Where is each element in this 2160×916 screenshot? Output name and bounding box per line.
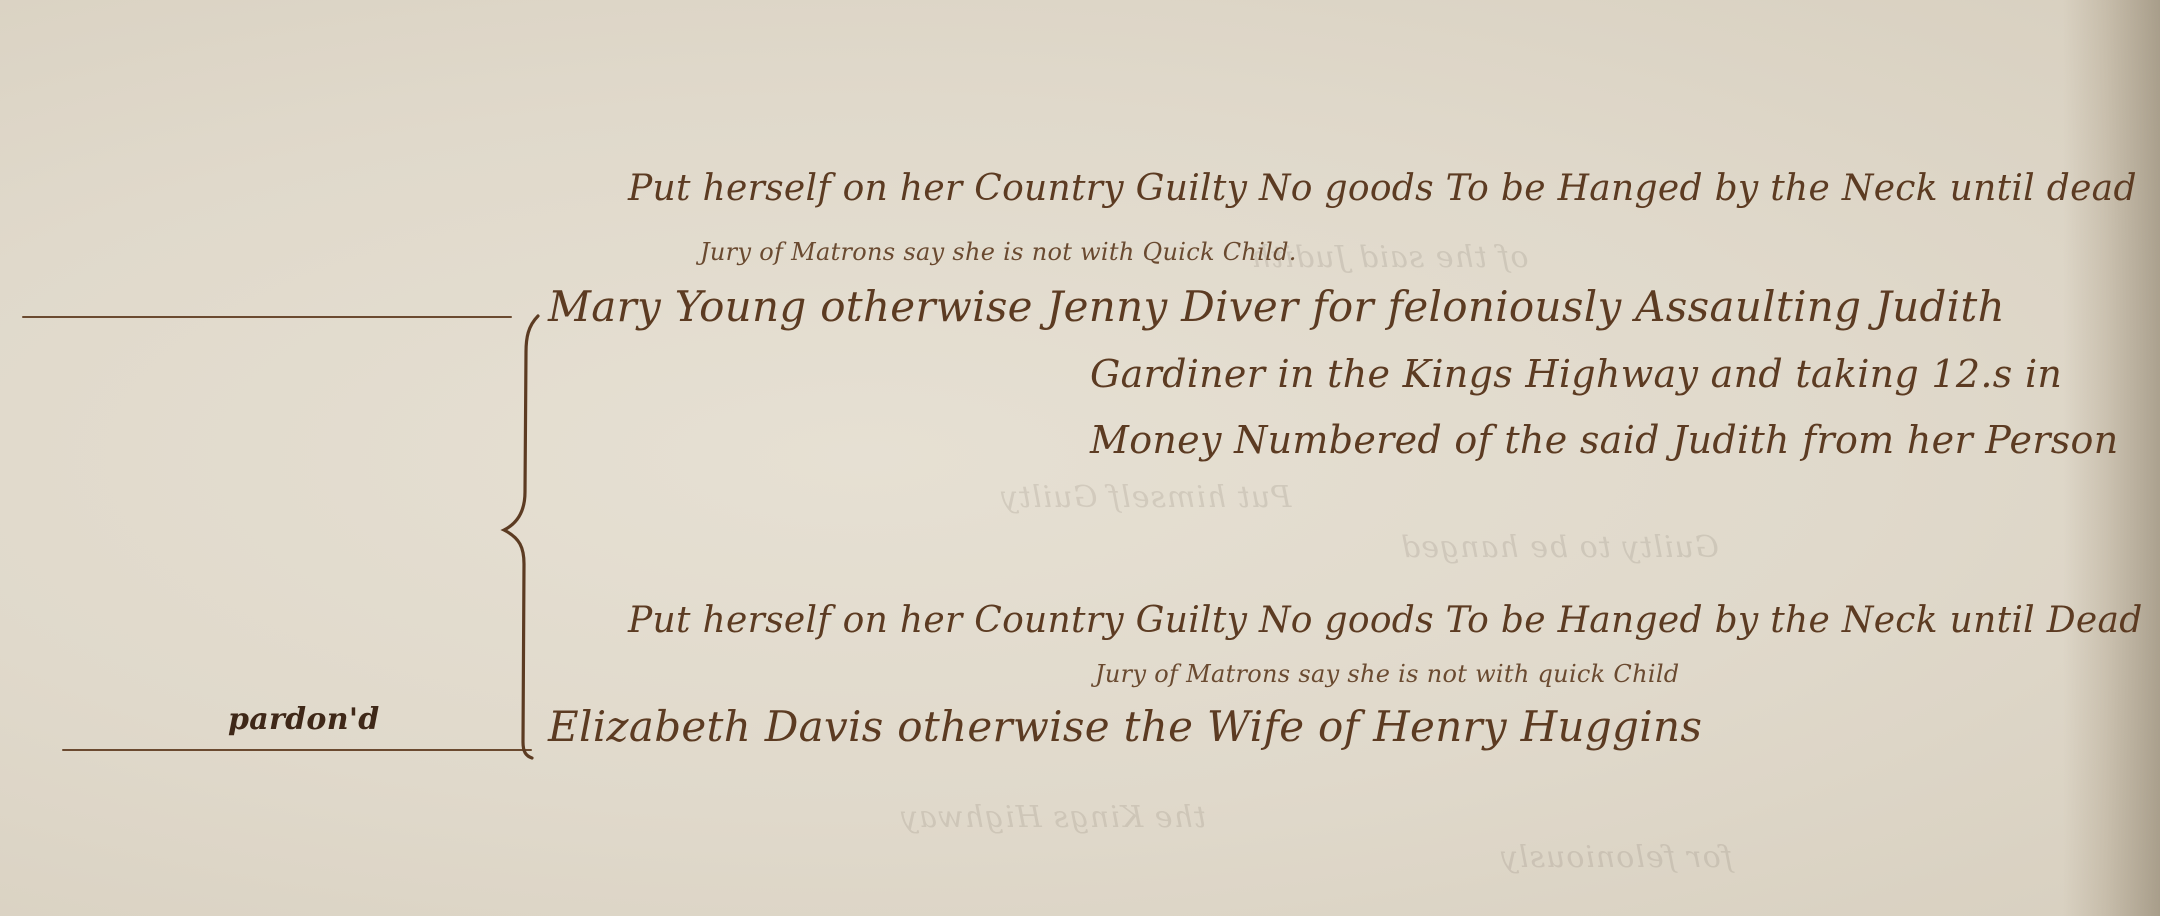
entry-1-verdict: Put herself on her Country Guilty No goo… <box>628 168 2137 209</box>
entry-2-jury-note: Jury of Matrons say she is not with quic… <box>1095 660 1679 688</box>
margin-annotation-pardoned: pardon'd <box>228 702 380 737</box>
curly-brace <box>490 312 550 762</box>
entry-2-name-line: Elizabeth Davis otherwise the Wife of He… <box>548 702 1702 751</box>
show-through-text: Put himself Guilty <box>1000 480 1291 515</box>
entry-1-jury-note: Jury of Matrons say she is not with Quic… <box>700 238 1297 266</box>
entry-1-name-line: Mary Young otherwise Jenny Diver for fel… <box>548 282 2005 331</box>
entry-2-verdict: Put herself on her Country Guilty No goo… <box>628 600 2143 641</box>
manuscript-page: of the said Judith Put himself Guilty Gu… <box>0 0 2160 916</box>
entry-1-continuation-2: Money Numbered of the said Judith from h… <box>1090 418 2118 462</box>
margin-rule-top <box>22 316 512 318</box>
show-through-text: Guilty to be hanged <box>1400 530 1719 565</box>
margin-rule-bottom <box>62 749 532 751</box>
show-through-text: for feloniously <box>1500 840 1733 875</box>
show-through-text: the Kings Highway <box>900 800 1206 835</box>
entry-1-continuation-1: Gardiner in the Kings Highway and taking… <box>1090 352 2062 396</box>
